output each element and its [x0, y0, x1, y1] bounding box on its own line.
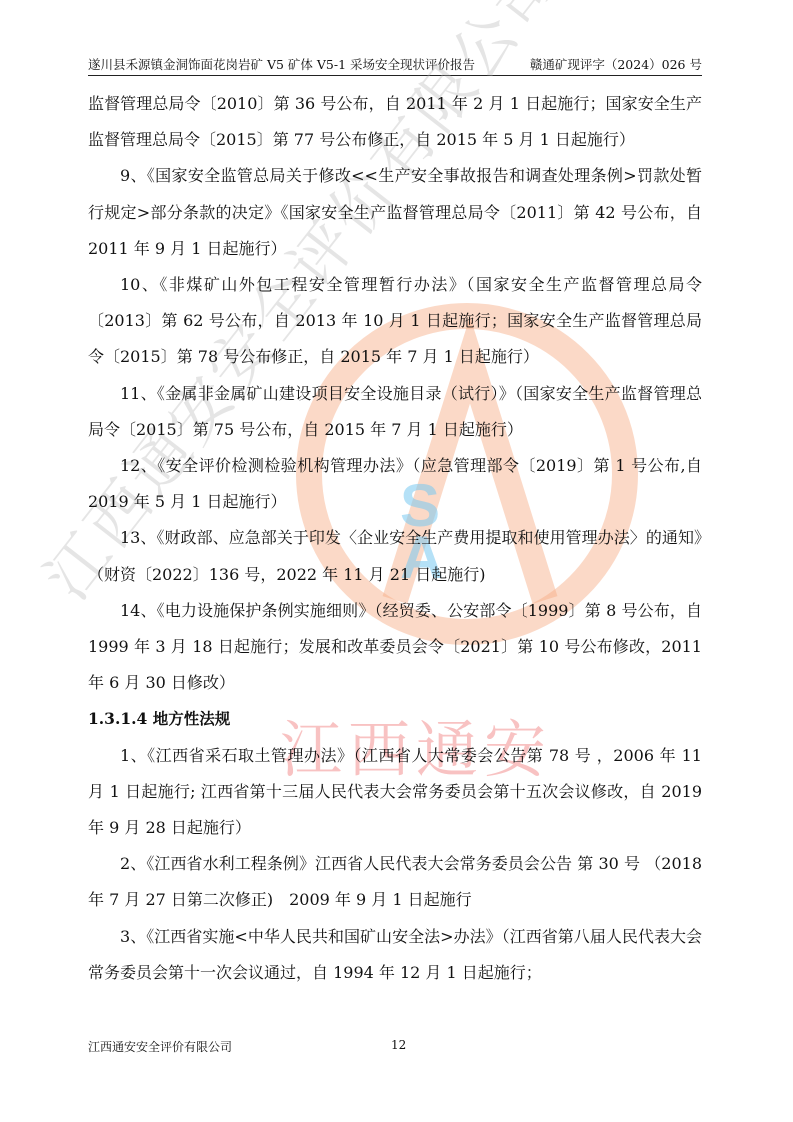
regulation-item-10: 10、《非煤矿山外包工程安全管理暂行办法》（国家安全生产监督管理总局令〔2013…	[88, 267, 702, 376]
regulation-item-13: 13、《财政部、应急部关于印发〈企业安全生产费用提取和使用管理办法〉的通知》（财…	[88, 520, 702, 592]
regulation-item-14: 14、《电力设施保护条例实施细则》（经贸委、公安部令〔1999〕第 8 号公布，…	[88, 593, 702, 702]
footer-company: 江西通安安全评价有限公司	[88, 1038, 232, 1055]
document-body: 监督管理总局令〔2010〕第 36 号公布，自 2011 年 2 月 1 日起施…	[88, 86, 702, 991]
local-regulation-item-1: 1、《江西省采石取土管理办法》（江西省人大常委会公告第 78 号 ，2006 年…	[88, 738, 702, 847]
regulation-item-12: 12、《安全评价检测检验机构管理办法》（应急管理部令〔2019〕第 1 号公布,…	[88, 448, 702, 520]
paragraph-continuation: 监督管理总局令〔2010〕第 36 号公布，自 2011 年 2 月 1 日起施…	[88, 86, 702, 158]
section-heading: 1.3.1.4 地方性法规	[88, 701, 702, 737]
local-regulation-item-2: 2、《江西省水利工程条例》江西省人民代表大会常务委员会公告 第 30 号 （20…	[88, 846, 702, 918]
regulation-item-9: 9、《国家安全监管总局关于修改<<生产安全事故报告和调查处理条例>罚款处暂行规定…	[88, 158, 702, 267]
regulation-item-11: 11、《金属非金属矿山建设项目安全设施目录（试行）》（国家安全生产监督管理总局令…	[88, 376, 702, 448]
report-title: 遂川县禾源镇金洞饰面花岗岩矿 V5 矿体 V5-1 采场安全现状评价报告	[88, 55, 475, 73]
document-number: 赣通矿现评字（2024）026 号	[530, 55, 702, 73]
page-number: 12	[391, 1038, 406, 1052]
page-header: 遂川县禾源镇金洞饰面花岗岩矿 V5 矿体 V5-1 采场安全现状评价报告 赣通矿…	[88, 55, 702, 76]
local-regulation-item-3: 3、《江西省实施<中华人民共和国矿山安全法>办法》（江西省第八届人民代表大会常务…	[88, 919, 702, 991]
